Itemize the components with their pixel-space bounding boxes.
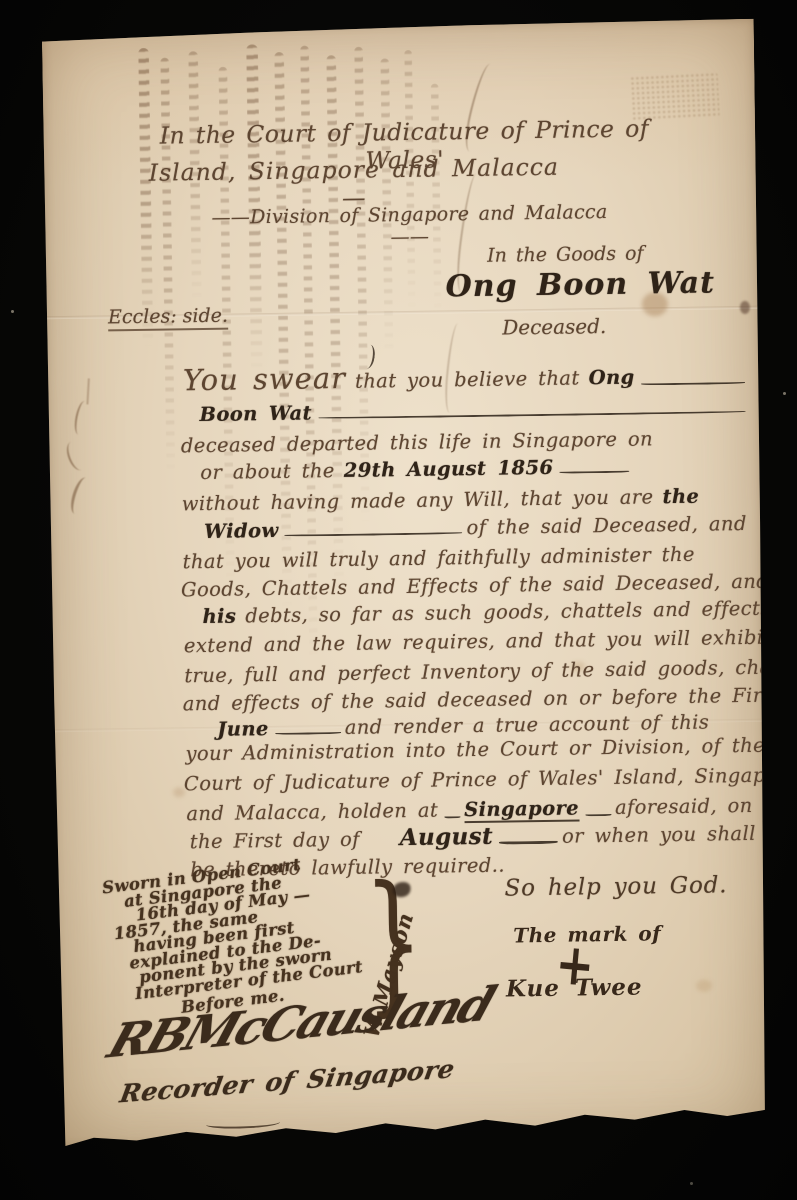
body-line-13-fill: June (217, 717, 269, 741)
body-line-5: without having made any Will, that you a… (182, 485, 700, 516)
body-line-11: true, full and perfect Inventory of the … (184, 655, 797, 687)
body-line-17-text: the First day of (190, 828, 360, 854)
body-line-16-text: and Malacca, holden at (186, 799, 438, 826)
in-the-goods-of-label: In the Goods of (487, 242, 644, 266)
stain (696, 980, 712, 992)
body-line-11-text: true, full and perfect Inventory of the … (184, 655, 797, 687)
blank-rule (444, 815, 460, 818)
body-line-6-fill: Widow (204, 519, 279, 543)
margin-ink-marks (63, 439, 89, 473)
body-line-15: Court of Judicature of Prince of Wales' … (184, 763, 797, 795)
margin-ink-marks (86, 378, 97, 405)
body-you-swear: You swear (183, 361, 346, 397)
body-line-1: You swear that you believe that Ong (183, 355, 749, 397)
margin-note: Eccles: side. (108, 305, 228, 332)
body-line-10-text: extend and the law requires, and that yo… (184, 625, 795, 657)
dust-speck (11, 310, 14, 313)
dust-speck (690, 1182, 693, 1185)
signature-flourish (206, 1118, 280, 1129)
body-line-9-fill: his (202, 605, 236, 628)
blank-rule (641, 381, 745, 386)
oath-closing: So help you God. (504, 872, 727, 901)
blank-rule (559, 470, 629, 474)
stain (740, 301, 750, 314)
blank-rule (275, 731, 341, 735)
body-line-9-text: debts, so far as such goods, chattels an… (245, 596, 797, 627)
deceased-label: Deceased. (502, 314, 606, 340)
blank-rule (499, 840, 558, 845)
body-line-4-text: or about the (200, 459, 335, 484)
margin-ink-marks (72, 400, 90, 436)
blank-rule (285, 531, 463, 537)
body-line-1-fill: Ong (588, 366, 634, 390)
body-line-17-post: or when you shall (562, 822, 756, 848)
body-line-8: Goods, Chattels and Effects of the said … (181, 569, 797, 601)
body-line-8-text: Goods, Chattels and Effects of the said … (181, 569, 797, 601)
body-line-1-text: that you believe that (355, 366, 580, 392)
body-line-7-text: that you will truly and faithfully admin… (182, 543, 695, 574)
dust-speck (783, 392, 786, 395)
body-line-7: that you will truly and faithfully admin… (182, 543, 695, 574)
body-line-16-fill: Singapore (464, 796, 579, 823)
blank-rule (585, 813, 611, 816)
mark-name: Kue Twee (506, 974, 643, 1003)
body-line-2-fill: Boon Wat (199, 401, 312, 426)
body-line-5-text: without having made any Will, that you a… (182, 485, 654, 515)
photo-backdrop: { "header": { "court_line1": "In the Cou… (0, 0, 797, 1200)
body-line-3-text: deceased departed this life in Singapore… (181, 427, 653, 457)
body-line-3: deceased departed this life in Singapore… (181, 427, 653, 457)
body-line-17-fill: August (400, 823, 494, 851)
body-line-5-fill: the (662, 485, 699, 509)
document-paper: In the Court of Judicature of Prince of … (42, 19, 771, 1147)
body-line-16-post: aforesaid, on (615, 794, 753, 819)
body-line-10: extend and the law requires, and that yo… (184, 625, 795, 657)
body-line-4-fill: 29th August 1856 (344, 456, 554, 482)
body-line-6-text: of the said Deceased, and (466, 512, 747, 539)
blank-rule (318, 410, 745, 419)
margin-ink-marks (67, 475, 93, 516)
body-line-15-text: Court of Judicature of Prince of Wales' … (184, 763, 797, 795)
deceased-name: Ong Boon Wat (445, 265, 715, 304)
